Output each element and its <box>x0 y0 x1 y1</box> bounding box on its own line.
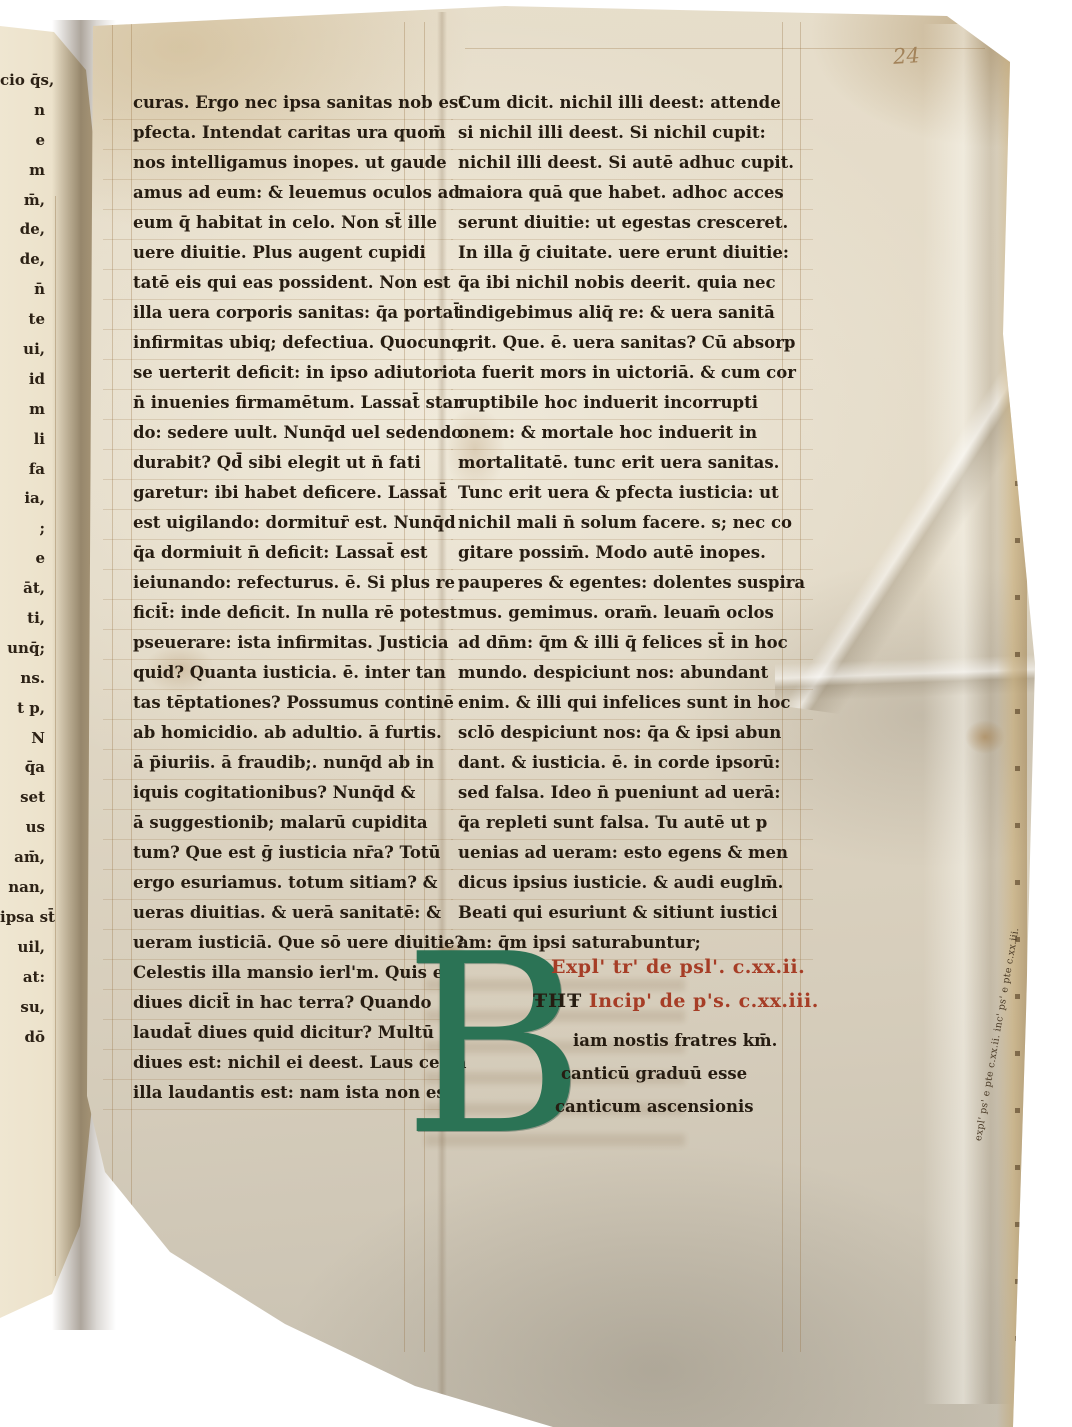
manuscript-page: 24 curas. Ergo nec ipsa sanitas nob estp… <box>85 4 1035 1427</box>
page-crease <box>923 24 1013 1404</box>
text-line: iquis cogitationibus? Nunq̄d & <box>133 778 445 808</box>
vertical-ruling-line <box>800 22 801 1352</box>
text-line: amus ad eum: & leuemus oculos ad <box>133 178 445 208</box>
left-text-column: curas. Ergo nec ipsa sanitas nob estpfec… <box>133 88 445 1108</box>
facing-page-fragment: at: <box>0 963 45 993</box>
facing-page-fragment: te <box>0 305 45 335</box>
text-line: tum? Que est ḡ iusticia nr̄a? Totū <box>133 838 445 868</box>
text-line: enim. & illi qui infelices sunt in hoc <box>458 688 788 718</box>
facing-page-fragment: de, <box>0 215 45 245</box>
text-line: uere diuitie. Plus augent cupidi <box>133 238 445 268</box>
text-line: eum q̄ habitat in celo. Non st̄ ille <box>133 208 445 238</box>
text-line: mundo. despiciunt nos: abundant <box>458 658 788 688</box>
facing-page-fragment: am̄, <box>0 843 45 873</box>
page-crease <box>787 291 1063 738</box>
text-line: ueras diuitias. & uerā sanitatē: & <box>133 898 445 928</box>
text-line: Celestis illa mansio ierl'm. Quis enī <box>133 958 445 988</box>
facing-page-fragment: cio q̄s, <box>0 66 45 96</box>
text-line: tatē eis qui eas possident. Non est <box>133 268 445 298</box>
closing-line: canticū graduū esse <box>561 1057 777 1090</box>
text-line: nos intelligamus inopes. ut gaude <box>133 148 445 178</box>
facing-page-fragment: ipsa st̄ <box>0 903 45 933</box>
vertical-ruling-line <box>112 22 113 1352</box>
right-text-column: Cum dicit. nichil illi deest: attendesi … <box>458 88 788 958</box>
text-line: diues est: nichil ei deest. Laus certa <box>133 1048 445 1078</box>
text-line: ieiunando: refecturus. ē. Si plus re <box>133 568 445 598</box>
text-line: nichil illi deest. Si autē adhuc cupit. <box>458 148 788 178</box>
explicit-rubric: Expl' tr' de psl'. c.xx.ii. <box>551 956 805 978</box>
closing-line: canticum ascensionis <box>555 1090 777 1123</box>
text-line: pfecta. Intendat caritas ura quom̄ <box>133 118 445 148</box>
text-line: illa uera corporis sanitas: q̄a portat̄ <box>133 298 445 328</box>
facing-page-fragment: set <box>0 783 45 813</box>
text-line: onem: & mortale hoc induerit in <box>458 418 788 448</box>
facing-page-fragment: q̄a <box>0 753 45 783</box>
facing-page-fragment-list: cio q̄s,nemm̄,de,de,n̄teui,idmlifaia,;eā… <box>0 66 45 1052</box>
text-line: mortalitatē. tunc erit uera sanitas. <box>458 448 788 478</box>
text-line: n̄ inuenies firmamētum. Lassat̄ stan <box>133 388 445 418</box>
text-line: diues dicit̄ in hac terra? Quando <box>133 988 445 1018</box>
text-line: infirmitas ubiq; defectiua. Quocunq; <box>133 328 445 358</box>
text-line: dant. & iusticia. ē. in corde ipsorū: <box>458 748 788 778</box>
page-corner-shadow <box>940 0 1040 46</box>
text-line: serunt diuitie: ut egestas cresceret. <box>458 208 788 238</box>
facing-page-fragment: e <box>0 544 45 574</box>
page-crease <box>775 604 1035 744</box>
facing-page-fragment: ti, <box>0 604 45 634</box>
text-line: erit. Que. ē. uera sanitas? Cū absorp <box>458 328 788 358</box>
facing-page-fragment: n <box>0 96 45 126</box>
fore-edge <box>997 34 1027 1427</box>
facing-page-fragment: ns. <box>0 664 45 694</box>
facing-page-fragment: ia, <box>0 484 45 514</box>
text-line: q̄a dormiuit n̄ deficit: Lassat̄ est <box>133 538 445 568</box>
facing-page-fragment: m <box>0 156 45 186</box>
facing-page-fragment: unq̄; <box>0 634 45 664</box>
text-line: Tunc erit uera & pfecta iusticia: ut <box>458 478 788 508</box>
text-line: garetur: ibi habet deficere. Lassat̄ <box>133 478 445 508</box>
text-line: pseuerare: ista infirmitas. Justicia <box>133 628 445 658</box>
text-line: maiora quā que habet. adhoc acces <box>458 178 788 208</box>
text-line: q̄a ibi nichil nobis deerit. quia nec <box>458 268 788 298</box>
folio-number: 24 <box>892 43 920 69</box>
text-line: gitare possim̄. Modo autē inopes. <box>458 538 788 568</box>
facing-page-fragment: ; <box>0 514 45 544</box>
facing-page-fragment: N <box>0 724 45 754</box>
facing-page-fragment: e <box>0 126 45 156</box>
text-line: curas. Ergo nec ipsa sanitas nob est <box>133 88 445 118</box>
text-line: ā p̄iuriis. ā fraudib;. nunq̄d ab in <box>133 748 445 778</box>
closing-line: iam nostis fratres km̄. <box>573 1024 777 1057</box>
line-filler-glyphs: ŦHŦ <box>533 990 582 1012</box>
facing-page-fragment: id <box>0 365 45 395</box>
facing-page-fragment: li <box>0 425 45 455</box>
facing-page-fragment: n̄ <box>0 275 45 305</box>
facing-page-fragment: de, <box>0 245 45 275</box>
facing-page-fragment: dō <box>0 1023 45 1053</box>
text-line: q̄a repleti sunt falsa. Tu autē ut p <box>458 808 788 838</box>
text-line: uenias ad ueram: esto egens & men <box>458 838 788 868</box>
text-line: Cum dicit. nichil illi deest: attende <box>458 88 788 118</box>
facing-page-edge: cio q̄s,nemm̄,de,de,n̄teui,idmlifaia,;eā… <box>0 26 94 1318</box>
text-line: ad dn̄m: q̄m & illi q̄ felices st̄ in ho… <box>458 628 788 658</box>
parchment-stain <box>965 720 1005 754</box>
facing-page-fragment: fa <box>0 455 45 485</box>
text-line: In illa ḡ ciuitate. uere erunt diuitie: <box>458 238 788 268</box>
facing-page-fragment: uil, <box>0 933 45 963</box>
facing-page-fragment: m <box>0 395 45 425</box>
incipit-rubric-line: ŦHŦ Incip' de p's. c.xx.iii. <box>533 990 819 1012</box>
incipit-rubric: Incip' de p's. c.xx.iii. <box>589 990 819 1012</box>
facing-page-fragment: t p, <box>0 694 45 724</box>
text-line: quid? Quanta iusticia. ē. inter tan <box>133 658 445 688</box>
text-line: ficit̄: inde deficit. In nulla rē potest <box>133 598 445 628</box>
text-line: ab homicidio. ab adultio. ā furtis. <box>133 718 445 748</box>
text-line: tas tēptationes? Possumus continē <box>133 688 445 718</box>
facing-page-fragment: ui, <box>0 335 45 365</box>
facing-page-fragment: m̄, <box>0 186 45 216</box>
text-line: illa laudantis est: nam ista non est. <box>133 1078 445 1108</box>
text-line: mus. gemimus. oram̄. leuam̄ oclos <box>458 598 788 628</box>
vertical-ruling-line <box>131 22 132 1352</box>
facing-page-fragment: āt, <box>0 574 45 604</box>
text-line: sclō despiciunt nos: q̄a & ipsi abun <box>458 718 788 748</box>
text-line: ueram iusticiā. Que sō uere diuitie? <box>133 928 445 958</box>
text-line: nichil mali n̄ solum facere. s; nec co <box>458 508 788 538</box>
text-line: indigebimus aliq̄ re: & uera sanitā <box>458 298 788 328</box>
text-line: do: sedere uult. Nunq̄d uel sedendo <box>133 418 445 448</box>
facing-page-fragment: su, <box>0 993 45 1023</box>
text-line: si nichil illi deest. Si nichil cupit: <box>458 118 788 148</box>
text-line: ta fuerit mors in uictoriā. & cum cor <box>458 358 788 388</box>
text-line: pauperes & egentes: dolentes suspira <box>458 568 788 598</box>
text-line: est uigilando: dormitur̄ est. Nunq̄d <box>133 508 445 538</box>
text-line: dicus ipsius iusticie. & audi euglm̄. <box>458 868 788 898</box>
text-line: durabit? Qd̄ sibi elegit ut n̄ fati <box>133 448 445 478</box>
text-line: se uerterit deficit: in ipso adiutorio <box>133 358 445 388</box>
facing-page-fragment: us <box>0 813 45 843</box>
text-line: ruptibile hoc induerit incorrupti <box>458 388 788 418</box>
manuscript-photo: cio q̄s,nemm̄,de,de,n̄teui,idmlifaia,;eā… <box>0 0 1072 1427</box>
text-line: sed falsa. Ideo n̄ pueniunt ad uerā: <box>458 778 788 808</box>
facing-page-fragment: nan, <box>0 873 45 903</box>
facing-page-ruling-line <box>55 196 56 1276</box>
vertical-margin-note: expl' ps' e pte c.xx.ii. inc' ps' e pte … <box>973 927 1021 1142</box>
text-line: ā suggestionib; malarū cupidita <box>133 808 445 838</box>
text-line: laudat̄ diues quid dicitur? Multū <box>133 1018 445 1048</box>
fore-edge-tick-marks <box>1015 144 1020 1414</box>
text-line: ergo esuriamus. totum sitiam? & <box>133 868 445 898</box>
closing-lines: iam nostis fratres km̄.canticū graduū es… <box>545 1024 777 1123</box>
